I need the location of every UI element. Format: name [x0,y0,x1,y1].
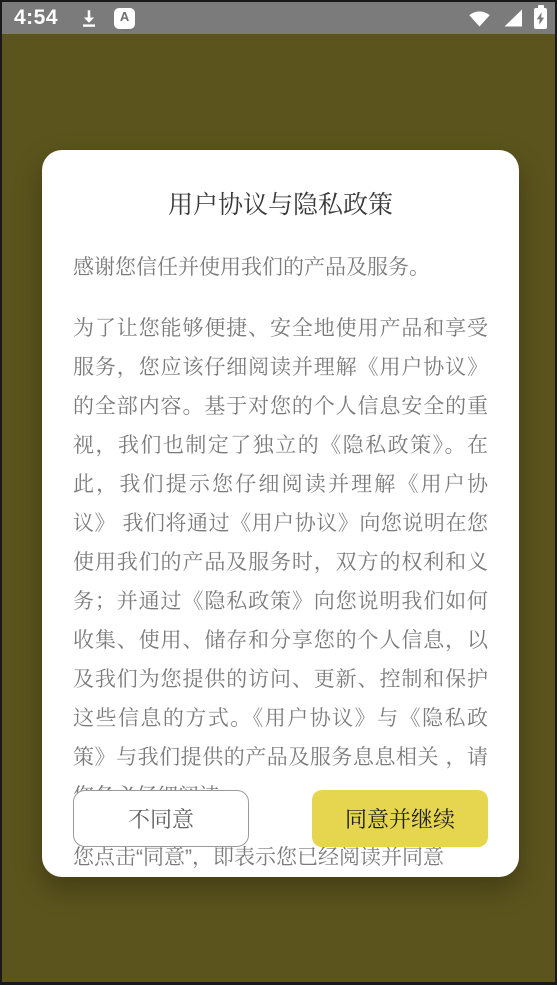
status-bar: 4:54 A ... [2,2,555,34]
agree-and-continue-button[interactable]: 同意并继续 [312,790,488,847]
dialog-actions: 不同意 同意并继续 [73,790,488,847]
paragraph-agreement-details: 为了让您能够便捷、安全地使用产品和享受服务，您应该仔细阅读并理解《用户协议》的全… [73,309,488,816]
paragraph-thanks: 感谢您信任并使用我们的产品及服务。 [73,248,488,287]
keyboard-ime-icon: A ... [114,8,135,29]
status-bar-system-icons [467,7,547,29]
dialog-title: 用户协议与隐私政策 [73,185,488,221]
dialog-body: 感谢您信任并使用我们的产品及服务。 为了让您能够便捷、安全地使用产品和享受服务，… [73,248,488,877]
privacy-policy-dialog: 用户协议与隐私政策 感谢您信任并使用我们的产品及服务。 为了让您能够便捷、安全地… [42,150,519,877]
wifi-icon [467,7,492,29]
battery-charging-icon [534,8,547,29]
status-bar-notification-icons: A ... [78,7,135,29]
download-icon [78,7,100,29]
disagree-button[interactable]: 不同意 [73,790,249,847]
android-screen: 4:54 A ... [0,0,557,985]
clock: 4:54 [14,6,58,30]
cellular-signal-icon [501,7,525,29]
